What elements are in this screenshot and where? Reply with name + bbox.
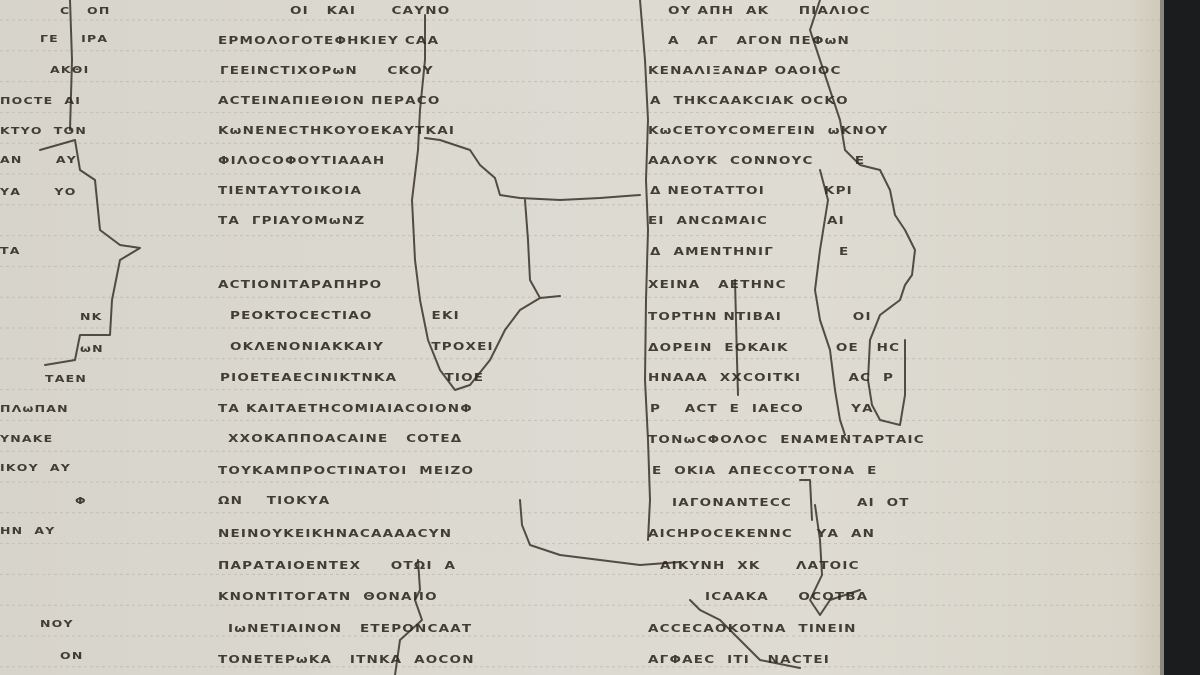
transcription-line: ΓΕΕΙΝϹΤΙΧΟΡωΝ ϹΚΟΥ bbox=[220, 65, 434, 77]
transcription-line: ΤΑ ΓΡΙΑΥΟΜωΝΖ bbox=[218, 215, 365, 227]
transcription-line: ΕΡΜΟΛΟΓΟΤΕΦΗΚΙΕΥ ϹΑΑ bbox=[218, 35, 439, 47]
transcription-line: ΧΧΟΚΑΠΠΟΑϹΑΙΝΕ ϹΟΤΕΔ bbox=[228, 433, 462, 445]
left-fragment-edge bbox=[40, 140, 140, 365]
transcription-line: Ρ ΑϹΤ Ε ΙΑΕϹΟ ΥΑ bbox=[650, 403, 874, 415]
transcription-line: ΚωΝΕΝΕϹΤΗΚΟΥΟΕΚΑΥΤΚΑΙ bbox=[218, 125, 455, 137]
transcription-line: ΟΥ ΑΠΗ ΑΚ ΠΙΑΛΙΟϹ bbox=[668, 5, 871, 17]
dark-background-strip bbox=[1164, 0, 1200, 675]
transcription-line: ΑΝ ΑΥ bbox=[0, 154, 77, 166]
transcription-line: ΟΙ ΚΑΙ ϹΑΥΝΟ bbox=[290, 5, 450, 17]
transcription-line: ΚωϹΕΤΟΥϹΟΜΕΓΕΙΝ ωΚΝΟΥ bbox=[648, 125, 889, 137]
transcription-line: ΤΟΝωϹΦΟΛΟϹ ΕΝΑΜΕΝΤΑΡΤΑΙϹ bbox=[648, 434, 925, 446]
transcription-line: ΤΟΝΕΤΕΡωΚΑ ΙΤΝΚΑ ΑΟϹΟΝ bbox=[218, 654, 475, 666]
transcription-line: ΡΕΟΚΤΟϹΕϹΤΙΑΟ ΕΚΙ bbox=[230, 310, 460, 322]
transcription-line: ΑΙΚΥΝΗ ΧΚ ΛΑΤΟΙϹ bbox=[660, 560, 860, 572]
transcription-line: ΤΑΕΝ bbox=[45, 373, 87, 385]
transcription-line: Ε ΟΚΙΑ ΑΠΕϹϹΟΤΤΟΝΑ Ε bbox=[652, 465, 878, 477]
transcription-line: Δ ΝΕΟΤΑΤΤΟΙ ΚΡΙ bbox=[650, 185, 853, 197]
transcription-line: ΝΟΥ bbox=[40, 618, 74, 630]
transcription-line: ΥΝΑΚΕ bbox=[0, 433, 53, 445]
transcription-line: ΑΙϹΗΡΟϹΕΚΕΝΝϹ ΥΑ ΑΝ bbox=[648, 528, 875, 540]
transcription-line: Δ ΑΜΕΝΤΗΝΙΓ Ε bbox=[650, 246, 849, 258]
transcription-line: Ϲ ΟΠ bbox=[60, 5, 111, 17]
transcription-line: ΑΑΛΟΥΚ ϹΟΝΝΟΥϹ Ε bbox=[648, 155, 865, 167]
transcription-line: ΤΟΥΚΑΜΠΡΟϹΤΙΝΑΤΟΙ ΜΕΙΖΟ bbox=[218, 465, 474, 477]
transcription-line: ΡΙΟΕΤΕΑΕϹΙΝΙΚΤΝΚΑ ΤΙΟΕ bbox=[220, 372, 484, 384]
transcription-line: ΓΕ ΙΡΑ bbox=[40, 33, 108, 45]
transcription-line: ΤΑ ΚΑΙΤΑΕΤΗϹΟΜΙΑΙΑϹΟΙΟΝΦ bbox=[218, 403, 473, 415]
transcription-line: ΝΚ bbox=[80, 311, 103, 323]
transcription-line: ΚΤΥΟ ΤΟΝ bbox=[0, 125, 87, 137]
transcription-line: ΝΕΙΝΟΥΚΕΙΚΗΝΑϹΑΑΑΑϹΥΝ bbox=[218, 528, 452, 540]
transcription-line: ΙΚΟΥ ΑΥ bbox=[0, 462, 71, 474]
transcription-line: ωΝ bbox=[80, 343, 104, 355]
transcription-line: ΗΝ ΑΥ bbox=[0, 525, 56, 537]
transcription-line: ΑϹϹΕϹΑΟΚΟΤΝΑ ΤΙΝΕΙΝ bbox=[648, 623, 857, 635]
transcription-line: ΙϹΑΑΚΑ ΟϹΟΤΒΑ bbox=[705, 591, 868, 603]
manuscript-page: Ϲ ΟΠΓΕ ΙΡΑΑΚΘΙΠΟϹΤΕ ΑΙΚΤΥΟ ΤΟΝΑΝ ΑΥΥΑ ΥΟ… bbox=[0, 0, 1163, 675]
transcription-line: Α ΤΗΚϹΑΑΚϹΙΑΚ ΟϹΚΟ bbox=[650, 95, 849, 107]
transcription-line: ΑΓΦΑΕϹ ΙΤΙ ΝΑϹΤΕΙ bbox=[648, 654, 830, 666]
transcription-line: ΤΑ bbox=[0, 245, 21, 257]
transcription-line: ΟΝ bbox=[60, 650, 84, 662]
transcription-line: ΠΟϹΤΕ ΑΙ bbox=[0, 95, 81, 107]
transcription-line: ΑϹΤΕΙΝΑΠΙΕΘΙΟΝ ΠΕΡΑϹΟ bbox=[218, 95, 441, 107]
transcription-line: Φ bbox=[75, 495, 87, 507]
transcription-line: ΑΚΘΙ bbox=[50, 64, 89, 76]
transcription-line: ΙωΝΕΤΙΑΙΝΟΝ ΕΤΕΡΟΝϹΑΑΤ bbox=[228, 623, 472, 635]
fragment-outlines bbox=[0, 0, 1163, 675]
transcription-line: ΤΙΕΝΤΑΥΤΟΙΚΟΙΑ bbox=[218, 185, 362, 197]
transcription-line: ΩΝ ΤΙΟΚΥΑ bbox=[218, 495, 330, 507]
transcription-line: ΗΝΑΑΑ ΧΧϹΟΙΤΚΙ ΑϹ Ρ bbox=[648, 372, 894, 384]
transcription-line: ΔΟΡΕΙΝ ΕΟΚΑΙΚ ΟΕ ΗϹ bbox=[648, 342, 900, 354]
transcription-line: ΠΑΡΑΤΑΙΟΕΝΤΕΧ ΟΤΩΙ Α bbox=[218, 560, 456, 572]
transcription-line: ΧΕΙΝΑ ΑΕΤΗΝϹ bbox=[648, 279, 787, 291]
transcription-line: ΤΟΡΤΗΝ ΝΤΙΒΑΙ ΟΙ bbox=[648, 311, 872, 323]
transcription-line: ΙΑΓΟΝΑΝΤΕϹϹ ΑΙ ΟΤ bbox=[672, 497, 910, 509]
transcription-line: ΕΙ ΑΝϹΩΜΑΙϹ ΑΙ bbox=[648, 215, 845, 227]
transcription-line: ΥΑ ΥΟ bbox=[0, 186, 77, 198]
transcription-line: Α ΑΓ ΑΓΟΝ ΠΕΦωΝ bbox=[668, 35, 850, 47]
middle-fragment-edge bbox=[412, 15, 560, 390]
transcription-line: ΦΙΛΟϹΟΦΟΥΤΙΑΑΑΗ bbox=[218, 155, 385, 167]
transcription-line: ΟΚΛΕΝΟΝΙΑΚΚΑΙΥ ΤΡΟΧΕΙ bbox=[230, 341, 494, 353]
transcription-line: ΠΛωΠΑΝ bbox=[0, 403, 69, 415]
transcription-line: ΚΝΟΝΤΙΤΟΓΑΤΝ ΘΟΝΑΙΙΟ bbox=[218, 591, 438, 603]
transcription-line: ΑϹΤΙΟΝΙΤΑΡΑΠΗΡΟ bbox=[218, 279, 382, 291]
transcription-line: ΚΕΝΑΛΙΞΑΝΔΡ ΟΑΟΙΟϹ bbox=[648, 65, 842, 77]
